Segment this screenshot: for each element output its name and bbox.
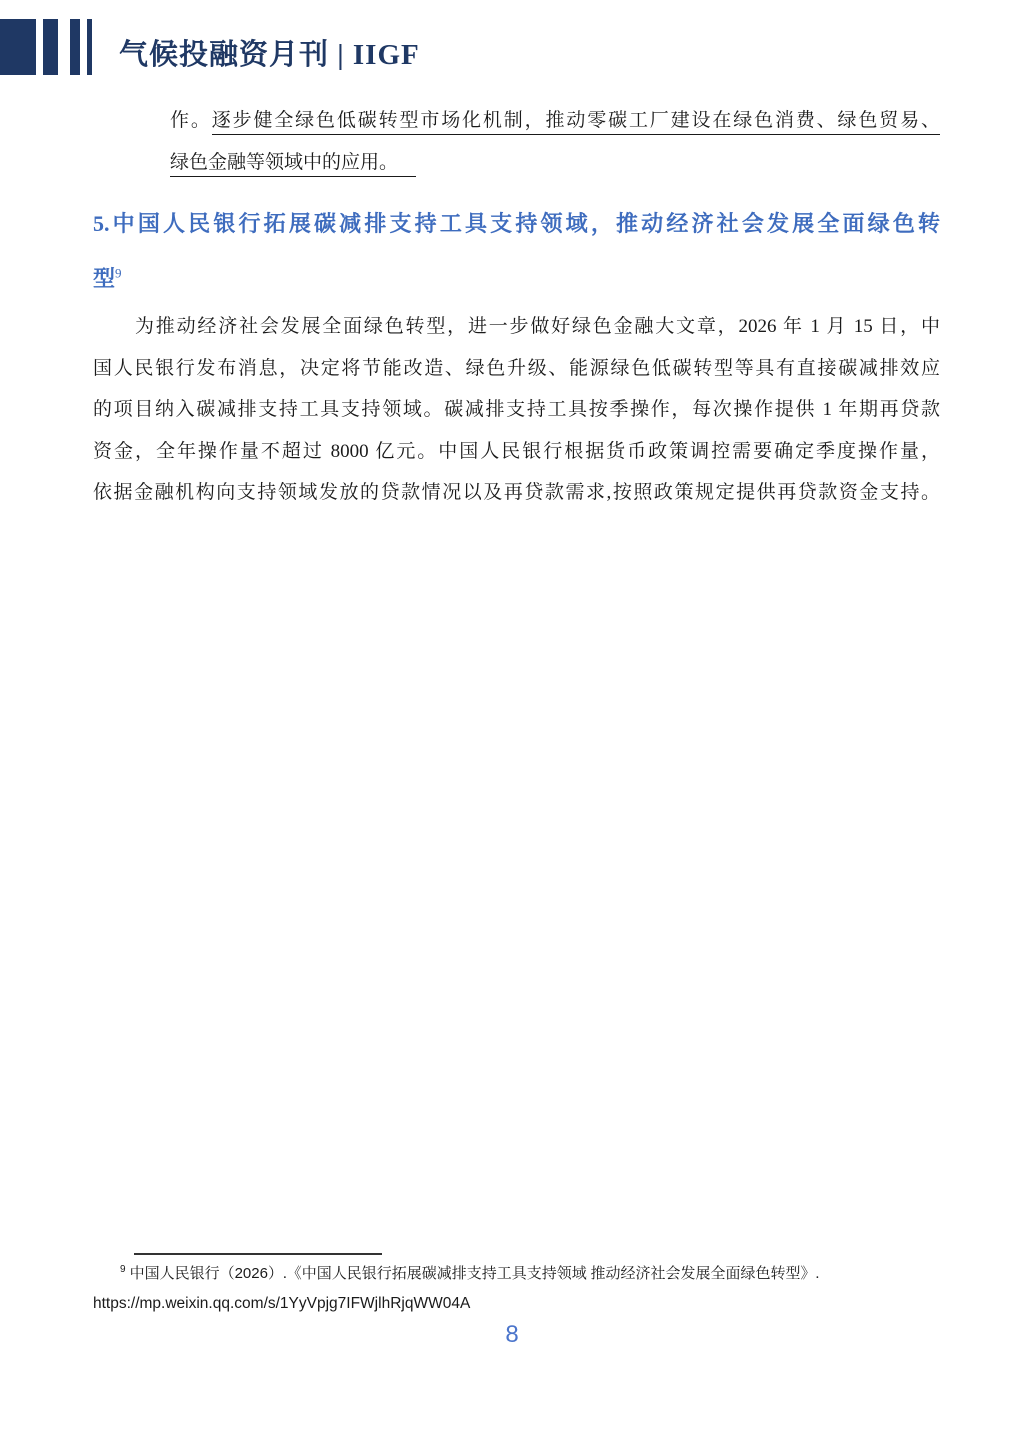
footnote-year: 2026 (235, 1265, 268, 1282)
footnote-text-pre: 中国人民银行（ (130, 1266, 235, 1282)
continuation-line-2: 绿色金融等领域中的应用。 (170, 142, 940, 184)
logo-bar-2-icon (43, 19, 58, 75)
page-number: 8 (0, 1320, 1024, 1350)
paragraph-line: 国人民银行发布消息，决定将节能改造、绿色升级、能源绿色低碳转型等具有直接碳减排效… (93, 348, 940, 390)
logo-bar-1-icon (0, 19, 36, 75)
continuation-line-1: 作。逐步健全绿色低碳转型市场化机制，推动零碳工厂建设在绿色消费、绿色贸易、 (170, 100, 940, 142)
underlined-text-line-2: 绿色金融等领域中的应用。 (170, 152, 416, 177)
masthead-title: 气候投融资月刊 | IIGF (119, 22, 420, 73)
logo-bar-4-icon (87, 19, 92, 75)
body-paragraph: 为推动经济社会发展全面绿色转型，进一步做好绿色金融大文章，2026 年 1 月 … (93, 306, 940, 514)
underlined-text-line-1: 逐步健全绿色低碳转型市场化机制，推动零碳工厂建设在绿色消费、绿色贸易、 (212, 110, 940, 135)
masthead: 气候投融资月刊 | IIGF (0, 19, 420, 75)
footnote-url-link[interactable]: https://mp.weixin.qq.com/s/1YyVpjg7IFWjl… (93, 1289, 953, 1319)
section-heading-line-1: 5.中国人民银行拓展碳减排支持工具支持领域，推动经济社会发展全面绿色转 (93, 196, 940, 251)
section-number: 5. (93, 211, 110, 236)
document-page: 气候投融资月刊 | IIGF 作。逐步健全绿色低碳转型市场化机制，推动零碳工厂建… (0, 0, 1024, 1447)
section-heading-line-2: 型9 (93, 251, 940, 306)
logo-bar-3-icon (70, 19, 80, 75)
paragraph-line: 的项目纳入碳减排支持工具支持领域。碳减排支持工具按季操作，每次操作提供 1 年期… (93, 389, 940, 431)
paragraph-line: 依据金融机构向支持领域发放的贷款情况以及再贷款需求,按照政策规定提供再贷款资金支… (93, 472, 940, 514)
footnote-text-post: ）.《中国人民银行拓展碳减排支持工具支持领域 推动经济社会发展全面绿色转型》. (268, 1266, 819, 1282)
iigf-logo (0, 19, 92, 75)
footnote-ref: 9 (120, 1264, 126, 1275)
section-title-line-1: 中国人民银行拓展碳减排支持工具支持领域，推动经济社会发展全面绿色转 (110, 211, 941, 236)
paragraph-line: 为推动经济社会发展全面绿色转型，进一步做好绿色金融大文章，2026 年 1 月 … (93, 306, 940, 348)
heading-footnote-ref: 9 (115, 266, 122, 281)
footnote-separator (134, 1253, 382, 1255)
continuation-paragraph: 作。逐步健全绿色低碳转型市场化机制，推动零碳工厂建设在绿色消费、绿色贸易、 绿色… (170, 100, 940, 184)
paragraph-line: 资金，全年操作量不超过 8000 亿元。中国人民银行根据货币政策调控需要确定季度… (93, 431, 940, 473)
section-heading: 5.中国人民银行拓展碳减排支持工具支持领域，推动经济社会发展全面绿色转 型9 (93, 196, 940, 306)
section-title-line-2: 型 (93, 266, 115, 291)
footnote: 9中国人民银行（2026）.《中国人民银行拓展碳减排支持工具支持领域 推动经济社… (93, 1259, 953, 1319)
footnote-citation: 9中国人民银行（2026）.《中国人民银行拓展碳减排支持工具支持领域 推动经济社… (93, 1259, 953, 1289)
continuation-prefix: 作。 (170, 110, 212, 131)
